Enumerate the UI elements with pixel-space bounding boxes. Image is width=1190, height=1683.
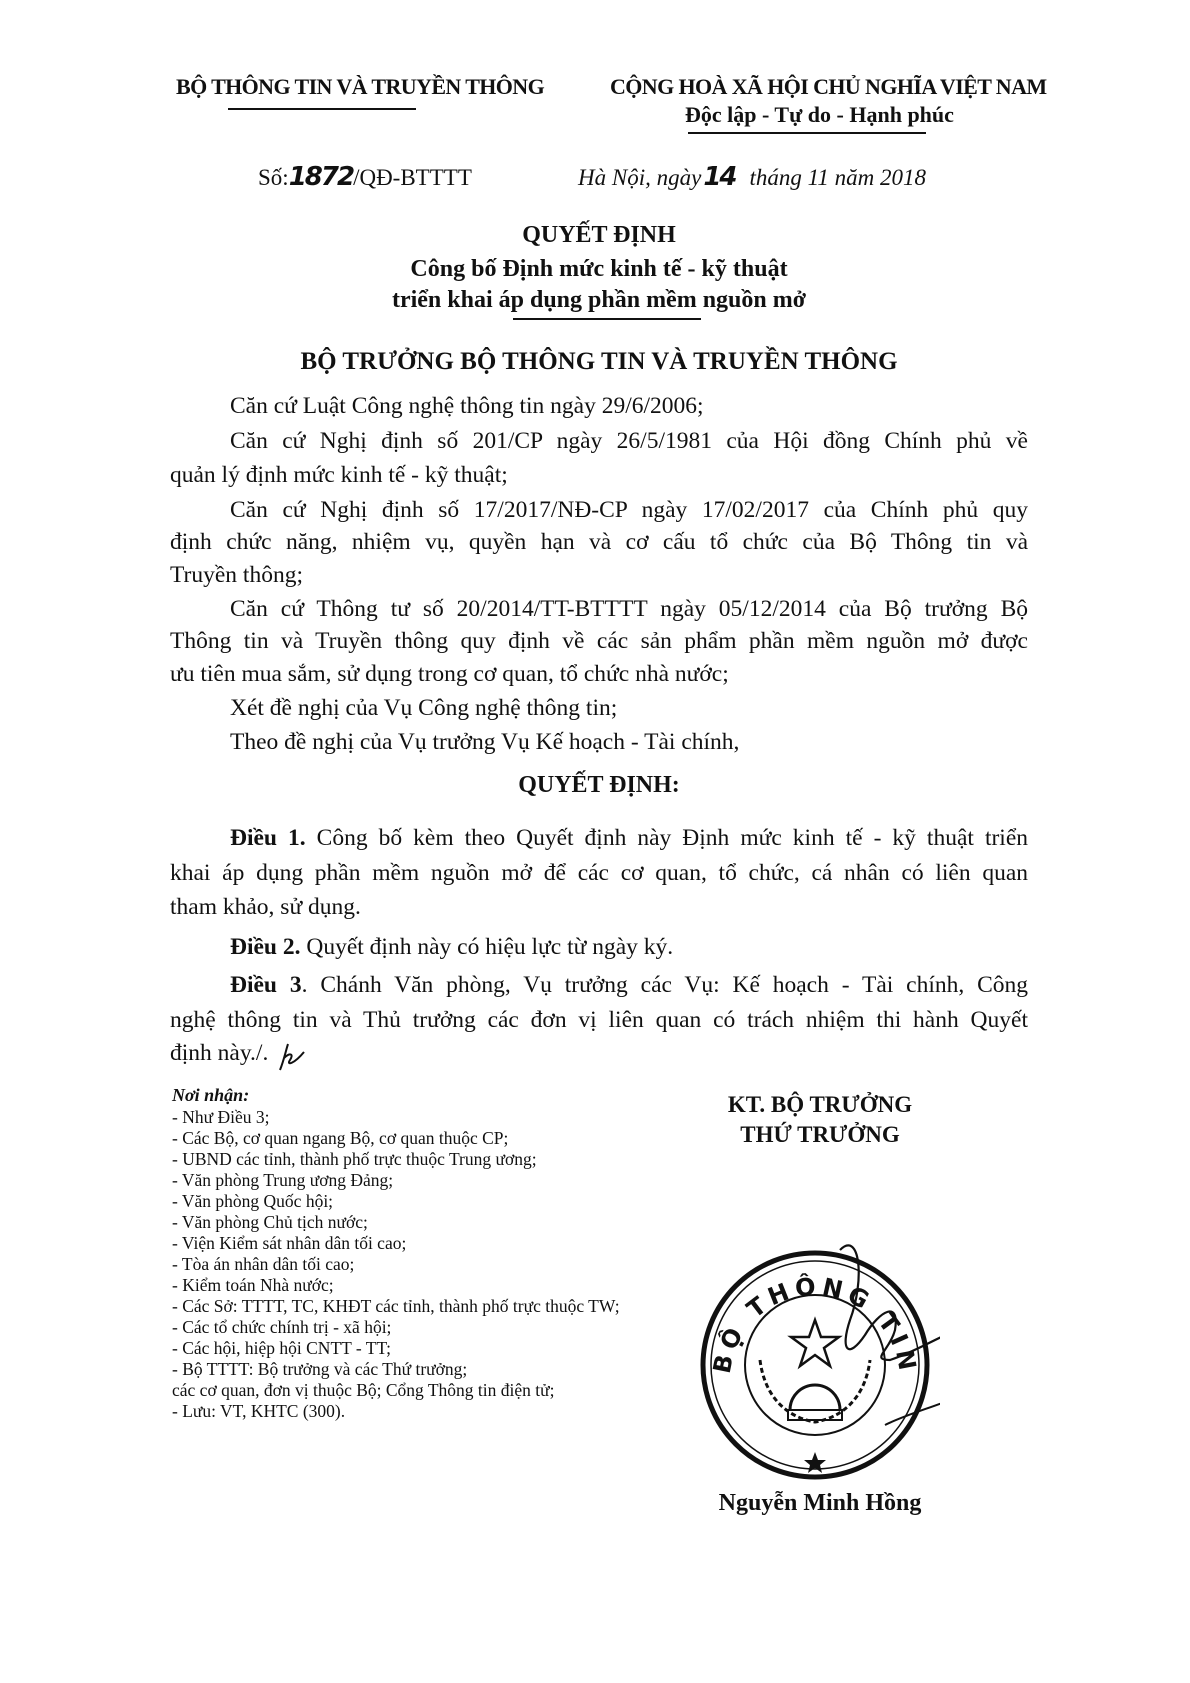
article-text: Quyết định này có hiệu lực từ ngày ký. [301,934,674,960]
initials-mark-icon [274,1040,314,1074]
preamble-line: Căn cứ Thông tư số 20/2014/TT-BTTTT ngày… [230,592,1028,626]
recipient-item: - Các Sở: TTTT, TC, KHĐT các tỉnh, thành… [172,1296,620,1317]
recipient-item: - Kiểm toán Nhà nước; [172,1275,334,1296]
article-3-label: Điều 3 [230,972,302,998]
decision-subtitle-line1: Công bố Định mức kinh tế - kỹ thuật [170,256,1028,283]
preamble-line: ưu tiên mua sắm, sử dụng trong cơ quan, … [170,657,1028,691]
article-text: định này./. [170,1040,268,1066]
article-text: . Chánh Văn phòng, Vụ trưởng các Vụ: Kế … [302,972,1028,998]
article-1-line: khai áp dụng phần mềm nguồn mở để các cơ… [170,856,1028,890]
recipient-item: - Lưu: VT, KHTC (300). [172,1401,345,1422]
signature-title-line2: THỨ TRƯỞNG [690,1122,950,1148]
preamble-line: Căn cứ Luật Công nghệ thông tin ngày 29/… [230,389,1028,423]
signature-title-line1: KT. BỘ TRƯỞNG [690,1092,950,1118]
recipient-item: các cơ quan, đơn vị thuộc Bộ; Cổng Thông… [172,1380,554,1401]
issuing-authority: BỘ TRƯỞNG BỘ THÔNG TIN VÀ TRUYỀN THÔNG [170,348,1028,376]
preamble-line: Truyền thông; [170,558,1028,592]
article-3-line: định này./. [170,1036,1028,1074]
decision-subtitle-line2: triển khai áp dụng phần mềm nguồn mở [170,287,1028,314]
ministry-name: BỘ THÔNG TIN VÀ TRUYỀN THÔNG [176,74,544,100]
recipient-item: - Văn phòng Trung ương Đảng; [172,1170,393,1191]
svg-text:BỘ THÔNG TIN VÀ TRUYỀN THÔNG: BỘ THÔNG TIN VÀ TRUYỀN THÔNG [690,1240,922,1377]
decision-heading: QUYẾT ĐỊNH: [170,772,1028,799]
preamble-line: Xét đề nghị của Vụ Công nghệ thông tin; [230,691,1028,725]
recipient-item: - UBND các tỉnh, thành phố trực thuộc Tr… [172,1149,537,1170]
recipient-item: - Các hội, hiệp hội CNTT - TT; [172,1338,391,1359]
title-underline [513,318,701,320]
preamble-line: định chức năng, nhiệm vụ, quyền hạn và c… [170,525,1028,559]
article-3-line: Điều 3. Chánh Văn phòng, Vụ trưởng các V… [230,968,1028,1002]
recipient-item: - Như Điều 3; [172,1107,269,1128]
motto: Độc lập - Tự do - Hạnh phúc [685,102,954,128]
recipient-item: - Bộ TTTT: Bộ trưởng và các Thứ trưởng; [172,1359,467,1380]
recipient-item: - Tòa án nhân dân tối cao; [172,1254,354,1275]
decision-title: QUYẾT ĐỊNH [170,222,1028,249]
recipient-item: - Văn phòng Quốc hội; [172,1191,333,1212]
preamble-line: Thông tin và Truyền thông quy định về cá… [170,624,1028,658]
ministry-underline [228,108,416,110]
article-1-line: tham khảo, sử dụng. [170,890,1028,924]
motto-underline [688,132,926,134]
signer-name: Nguyễn Minh Hồng [690,1490,950,1517]
article-text: Công bố kèm theo Quyết định này Định mức… [306,825,1028,851]
handwritten-day: 14 [703,162,735,192]
document-date: Hà Nội, ngày14tháng 11 năm 2018 [578,162,926,192]
article-2-label: Điều 2. [230,934,301,960]
recipient-item: - Các Bộ, cơ quan ngang Bộ, cơ quan thuộ… [172,1128,508,1149]
document-number: Số:1872/QĐ-BTTTT [258,162,472,192]
article-1-label: Điều 1. [230,825,306,851]
article-2-line: Điều 2. Quyết định này có hiệu lực từ ng… [230,930,1028,964]
republic-name: CỘNG HOÀ XÃ HỘI CHỦ NGHĨA VIỆT NAM [610,74,1047,100]
article-1-line: Điều 1. Công bố kèm theo Quyết định này … [230,821,1028,855]
article-3-line: nghệ thông tin và Thủ trưởng các đơn vị … [170,1003,1028,1037]
preamble-line: Theo đề nghị của Vụ trưởng Vụ Kế hoạch -… [230,725,1028,759]
preamble-line: quản lý định mức kinh tế - kỹ thuật; [170,458,1028,492]
preamble-line: Căn cứ Nghị định số 201/CP ngày 26/5/198… [230,424,1028,458]
date-prefix: Hà Nội, ngày [578,165,701,190]
number-suffix: /QĐ-BTTTT [353,165,472,190]
date-suffix: tháng 11 năm 2018 [750,165,927,190]
recipient-item: - Viện Kiểm sát nhân dân tối cao; [172,1233,406,1254]
recipient-item: - Văn phòng Chủ tịch nước; [172,1212,368,1233]
recipient-item: - Các tổ chức chính trị - xã hội; [172,1317,391,1338]
handwritten-number: 1872 [289,162,353,192]
preamble-line: Căn cứ Nghị định số 17/2017/NĐ-CP ngày 1… [230,493,1028,527]
official-seal-icon: BỘ THÔNG TIN VÀ TRUYỀN THÔNG [690,1240,940,1490]
number-prefix: Số: [258,165,289,190]
recipients-heading: Nơi nhận: [172,1085,249,1106]
